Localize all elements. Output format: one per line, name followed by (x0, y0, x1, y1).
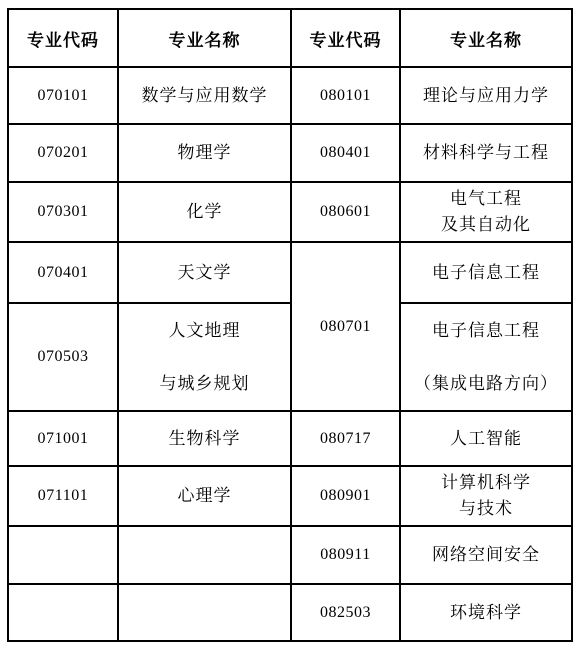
major-name-cell: 电子信息工程 （集成电路方向） (400, 303, 572, 411)
major-code-cell: 080601 (291, 182, 400, 242)
header-major-code-right: 专业代码 (291, 9, 400, 67)
major-name-cell: 网络空间安全 (400, 526, 572, 584)
header-major-name-right: 专业名称 (400, 9, 572, 67)
major-code-cell-empty (8, 584, 118, 641)
major-code-cell: 070301 (8, 182, 118, 242)
major-name-cell: 人文地理 与城乡规划 (118, 303, 291, 411)
major-code-cell: 080911 (291, 526, 400, 584)
table-row: 071101 心理学 080901 计算机科学 与技术 (8, 466, 572, 526)
major-name-cell: 数学与应用数学 (118, 67, 291, 124)
major-name-cell: 生物科学 (118, 411, 291, 466)
major-code-cell: 080901 (291, 466, 400, 526)
major-name-cell: 理论与应用力学 (400, 67, 572, 124)
major-name-cell: 电气工程 及其自动化 (400, 182, 572, 242)
table-header-row: 专业代码 专业名称 专业代码 专业名称 (8, 9, 572, 67)
major-code-cell: 071001 (8, 411, 118, 466)
major-code-cell: 070401 (8, 242, 118, 303)
table-row: 071001 生物科学 080717 人工智能 (8, 411, 572, 466)
major-code-cell: 082503 (291, 584, 400, 641)
major-code-cell: 070503 (8, 303, 118, 411)
major-name-cell: 环境科学 (400, 584, 572, 641)
major-code-cell-empty (8, 526, 118, 584)
major-name-cell-empty (118, 584, 291, 641)
major-name-cell-empty (118, 526, 291, 584)
major-code-cell: 070201 (8, 124, 118, 182)
major-name-cell: 天文学 (118, 242, 291, 303)
major-code-cell: 080101 (291, 67, 400, 124)
document-page: 专业代码 专业名称 专业代码 专业名称 070101 数学与应用数学 08010… (0, 8, 579, 649)
table-row: 070201 物理学 080401 材料科学与工程 (8, 124, 572, 182)
major-code-cell: 080717 (291, 411, 400, 466)
header-major-code-left: 专业代码 (8, 9, 118, 67)
majors-table: 专业代码 专业名称 专业代码 专业名称 070101 数学与应用数学 08010… (7, 8, 573, 642)
header-major-name-left: 专业名称 (118, 9, 291, 67)
major-code-cell: 070101 (8, 67, 118, 124)
major-code-cell-merged: 080701 (291, 242, 400, 411)
table-row: 070301 化学 080601 电气工程 及其自动化 (8, 182, 572, 242)
major-name-cell: 计算机科学 与技术 (400, 466, 572, 526)
table-row: 070401 天文学 080701 电子信息工程 (8, 242, 572, 303)
major-name-cell: 材料科学与工程 (400, 124, 572, 182)
major-name-cell: 物理学 (118, 124, 291, 182)
major-name-cell: 心理学 (118, 466, 291, 526)
major-name-cell: 化学 (118, 182, 291, 242)
table-row: 082503 环境科学 (8, 584, 572, 641)
major-code-cell: 080401 (291, 124, 400, 182)
table-row: 080911 网络空间安全 (8, 526, 572, 584)
major-name-cell: 人工智能 (400, 411, 572, 466)
table-row: 070503 人文地理 与城乡规划 电子信息工程 （集成电路方向） (8, 303, 572, 411)
major-code-cell: 071101 (8, 466, 118, 526)
major-name-cell: 电子信息工程 (400, 242, 572, 303)
table-row: 070101 数学与应用数学 080101 理论与应用力学 (8, 67, 572, 124)
